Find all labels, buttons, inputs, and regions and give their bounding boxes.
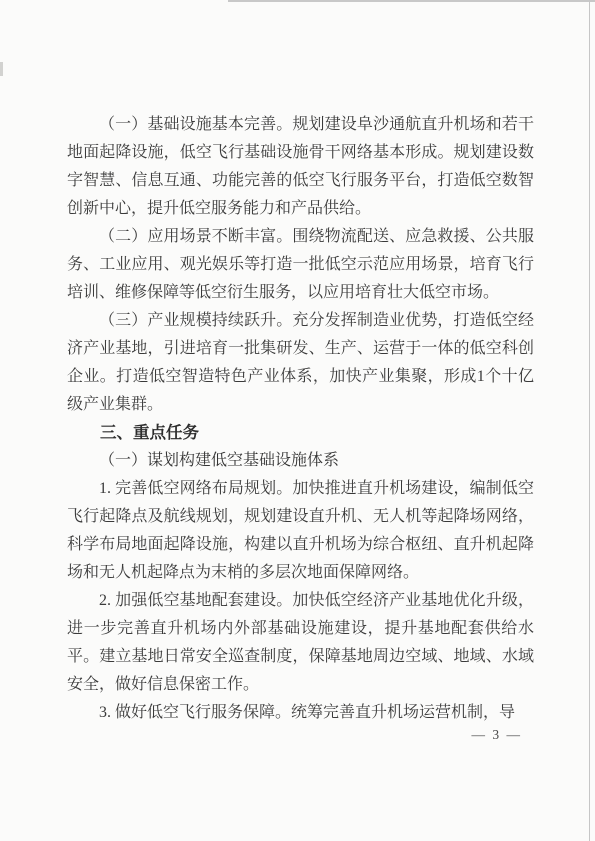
document-page: （一）基础设施基本完善。规划建设阜沙通航直升机场和若干地面起降设施，低空飞行基础…: [0, 0, 595, 841]
page-number: — 3 —: [472, 727, 523, 743]
task-paragraph-1: 1. 完善低空网络布局规划。加快推进直升机场建设，编制低空飞行起降点及航线规划，…: [67, 475, 534, 587]
task-paragraph-2: 2. 加强低空基地配套建设。加快低空经济产业基地优化升级，进一步完善直升机场内外…: [67, 587, 534, 699]
summary-paragraph-2: （二）应用场景不断丰富。围绕物流配送、应急救援、公共服务、工业应用、观光娱乐等打…: [67, 223, 534, 307]
section-heading: 三、重点任务: [67, 419, 534, 447]
scan-artifact-top-edge: [228, 0, 595, 2]
document-text-block: （一）基础设施基本完善。规划建设阜沙通航直升机场和若干地面起降设施，低空飞行基础…: [67, 111, 534, 727]
scan-artifact-right-edge: [589, 0, 590, 841]
task-paragraph-3: 3. 做好低空飞行服务保障。统筹完善直升机场运营机制，导: [67, 699, 534, 727]
subsection-heading: （一）谋划构建低空基础设施体系: [67, 447, 534, 475]
summary-paragraph-3: （三）产业规模持续跃升。充分发挥制造业优势，打造低空经济产业基地，引进培育一批集…: [67, 307, 534, 419]
summary-paragraph-1: （一）基础设施基本完善。规划建设阜沙通航直升机场和若干地面起降设施，低空飞行基础…: [67, 111, 534, 223]
scan-artifact-left-speck: [0, 62, 3, 76]
